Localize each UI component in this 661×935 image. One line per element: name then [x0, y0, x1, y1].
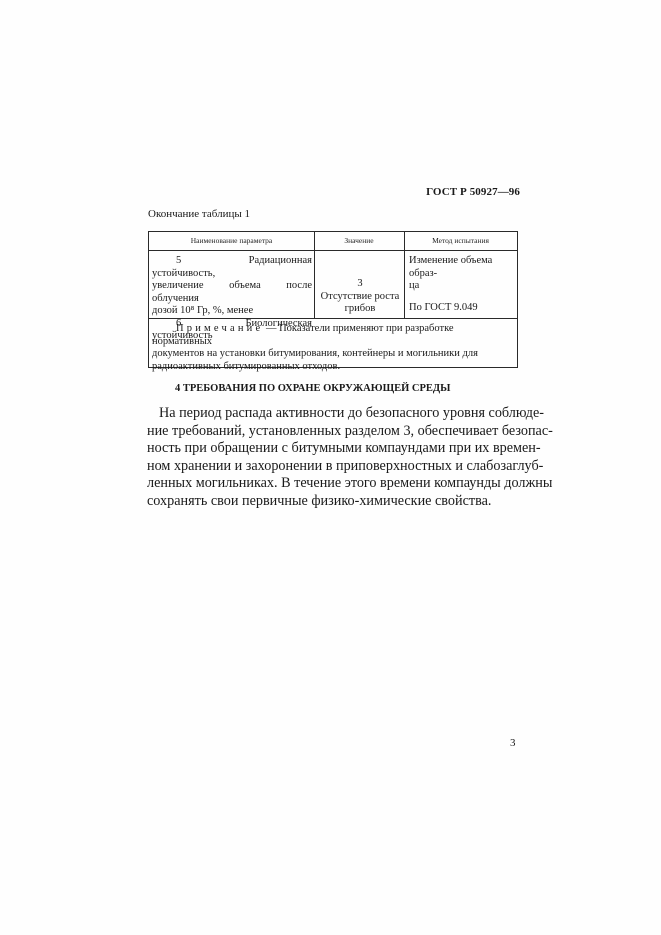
section-heading: 4 ТРЕБОВАНИЯ ПО ОХРАНЕ ОКРУЖАЮЩЕЙ СРЕДЫ [175, 383, 450, 394]
column-header-method: Метод испытания [404, 236, 517, 245]
page-number: 3 [510, 737, 516, 749]
note-text-line-2: документов на установки битумирования, к… [152, 348, 504, 361]
paragraph-line: сохранять свои первичные физико-химическ… [147, 493, 519, 511]
method-cell: Изменение объема образ- ца По ГОСТ 9.049 [409, 255, 517, 314]
paragraph-line: ленных могильниках. В течение этого врем… [147, 475, 519, 493]
parameter-5-line-2: увеличение объема после облучения [152, 280, 312, 305]
value-6-line-2: грибов [316, 303, 404, 316]
parameter-5-line-3: дозой 10⁸ Гр, %, менее [152, 305, 312, 318]
parameters-table: Наименование параметра Значение Метод ис… [148, 231, 518, 368]
paragraph-line: ность при обращении с битумными компаунд… [147, 440, 519, 458]
spacer [409, 293, 517, 302]
section-paragraph: На период распада активности до безопасн… [147, 405, 519, 510]
paragraph-line: ние требований, установленных разделом 3… [147, 423, 519, 441]
header-divider [149, 250, 517, 251]
document-code: ГОСТ Р 50927—96 [424, 186, 520, 198]
paragraph-line: На период распада активности до безопасн… [147, 405, 519, 423]
method-5-line-2: ца [409, 280, 517, 293]
table-note: Примечание — Показатели применяют при ра… [152, 323, 504, 373]
table-caption: Окончание таблицы 1 [148, 208, 250, 220]
value-5: 3 [316, 278, 404, 291]
method-5-line-1: Изменение объема образ- [409, 255, 517, 280]
column-header-value: Значение [314, 236, 404, 245]
value-6-line-1: Отсутствие роста [316, 291, 404, 304]
value-cell: 3 Отсутствие роста грибов [316, 278, 404, 316]
column-divider [404, 232, 405, 319]
paragraph-line: ном хранении и захоронении в приповерхно… [147, 458, 519, 476]
note-label: Примечание [152, 323, 263, 334]
column-divider [314, 232, 315, 319]
note-text-line-3: радиоактивных битумированных отходов. [152, 361, 504, 374]
parameter-5-line-1: 5 Радиационная устойчивость, [152, 255, 312, 280]
method-6-line-1: По ГОСТ 9.049 [409, 302, 517, 315]
column-header-parameter: Наименование параметра [149, 236, 314, 245]
document-page: ГОСТ Р 50927—96 Окончание таблицы 1 Наим… [0, 0, 661, 935]
